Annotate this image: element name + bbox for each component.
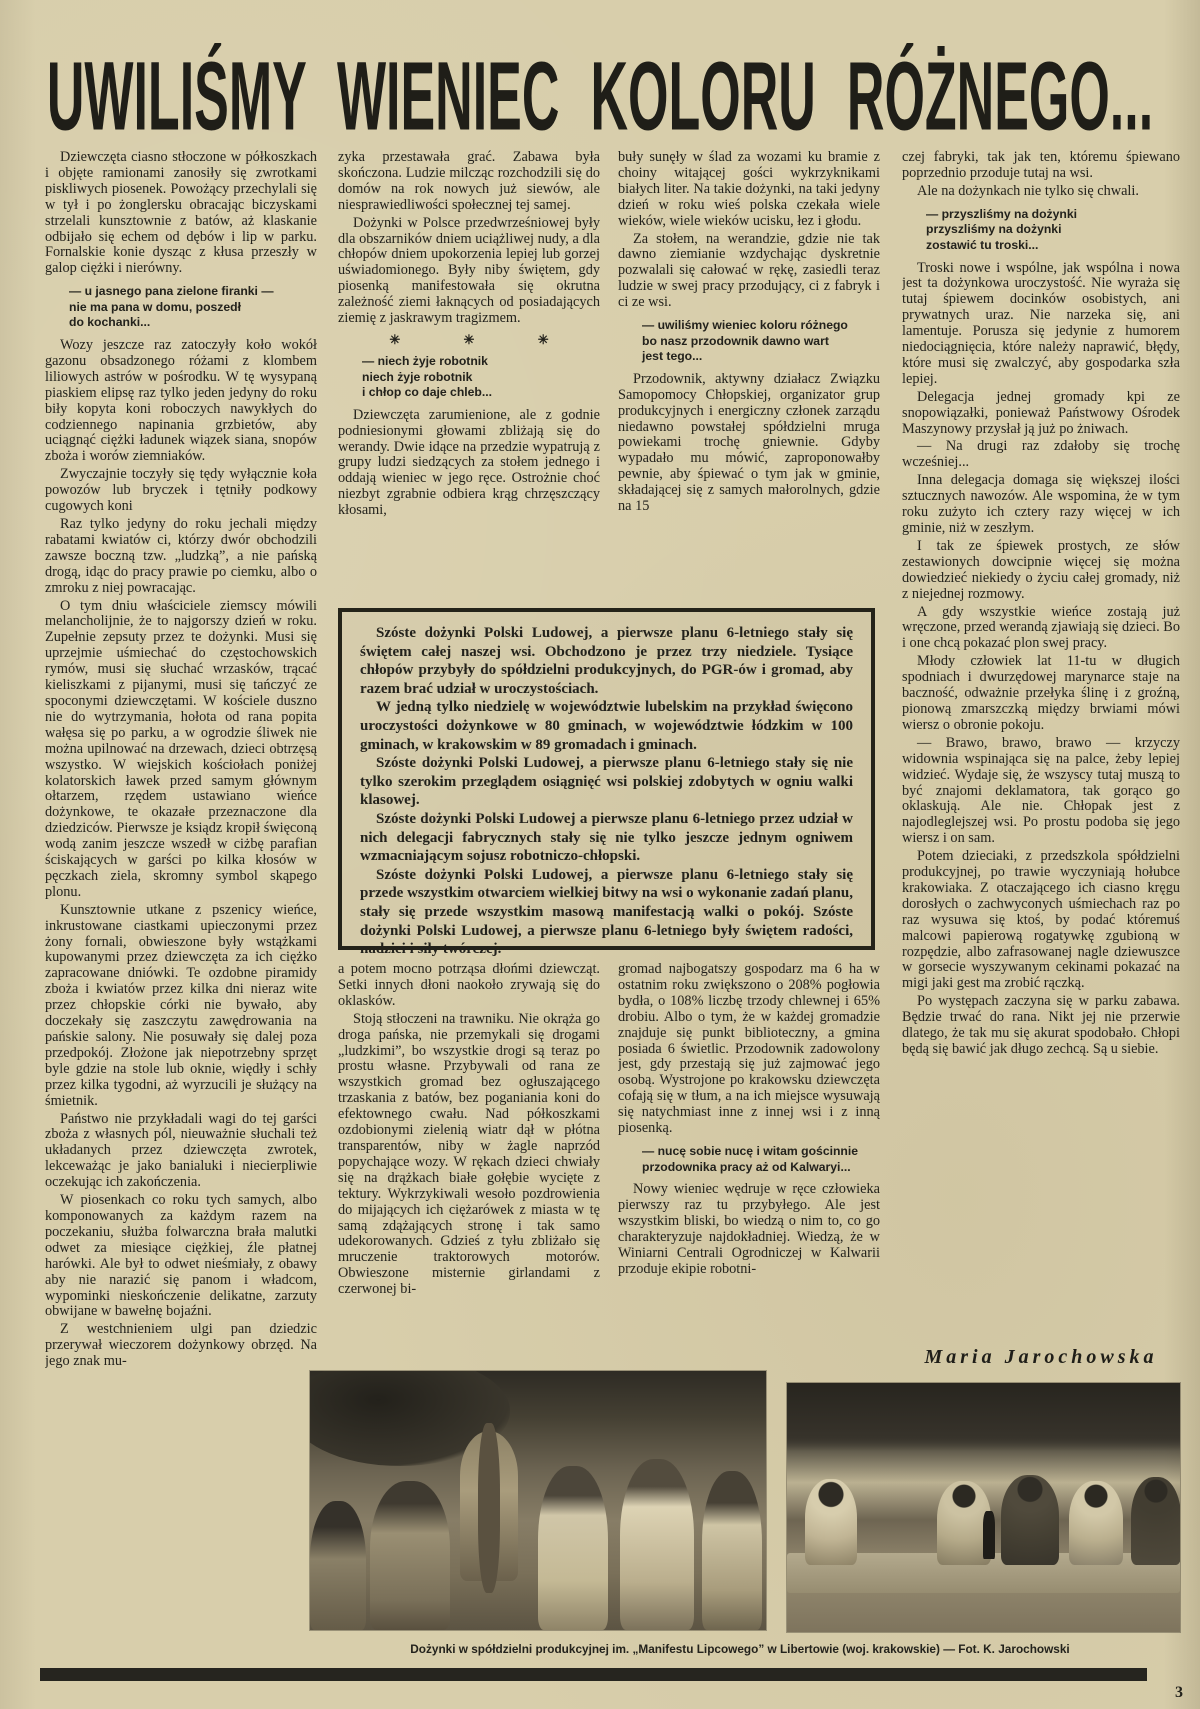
paragraph: Po występach zaczyna się w parku zabawa.… xyxy=(902,994,1180,1058)
column-2-lower: a potem mocno potrząsa dłońmi dziewcząt.… xyxy=(338,962,600,1366)
column-2-upper: zyka przestawała grać. Zabawa była skońc… xyxy=(338,150,600,608)
column-1: Dziewczęta ciasno stłoczone w półkoszkac… xyxy=(45,150,317,1665)
paragraph: Dziewczęta zarumienione, ale z godnie po… xyxy=(338,408,600,519)
paragraph: Nowy wieniec wędruje w ręce człowieka pi… xyxy=(618,1182,880,1277)
paragraph: Ale na dożynkach nie tylko się chwali. xyxy=(902,184,1180,200)
page-number: 3 xyxy=(1164,1684,1194,1702)
highlight-box-content: Szóste dożynki Polski Ludowej, a pierwsz… xyxy=(360,624,853,959)
paragraph: Stoją stłoczeni na trawniku. Nie okrąża … xyxy=(338,1012,600,1298)
author-signature: Maria Jarochowska xyxy=(900,1346,1182,1369)
paragraph: I tak ze śpiewek prostych, ze słów zesta… xyxy=(902,539,1180,603)
paragraph: Dożynki w Polsce przedwrześniowej były d… xyxy=(338,216,600,327)
folk-verse: — nucę sobie nucę i witam gościnnieprzod… xyxy=(642,1144,880,1175)
paragraph: Młody człowiek lat 11-tu w długich spodn… xyxy=(902,654,1180,734)
paragraph: gromad najbogatszy gospodarz ma 6 ha w o… xyxy=(618,962,880,1137)
box-paragraph: Szóste dożynki Polski Ludowej, a pierwsz… xyxy=(360,866,853,959)
folk-verse: — u jasnego pana zielone firanki —nie ma… xyxy=(69,284,317,331)
highlight-box: Szóste dożynki Polski Ludowej, a pierwsz… xyxy=(338,608,875,950)
box-paragraph: W jedną tylko niedzielę w województwie l… xyxy=(360,698,853,754)
bottom-rule xyxy=(40,1668,1147,1681)
paragraph: Zwyczajnie toczyły się tędy wyłącznie ko… xyxy=(45,467,317,515)
paragraph: — Brawo, brawo, brawo — krzyczy widownia… xyxy=(902,736,1180,847)
column-4: czej fabryki, tak jak ten, któremu śpiew… xyxy=(902,150,1180,1348)
paragraph: buły sunęły w ślad za wozami ku bramie z… xyxy=(618,150,880,230)
paragraph: Z westchnieniem ulgi pan dziedzic przery… xyxy=(45,1322,317,1370)
column-3-lower: gromad najbogatszy gospodarz ma 6 ha w o… xyxy=(618,962,880,1372)
paragraph: czej fabryki, tak jak ten, któremu śpiew… xyxy=(902,150,1180,182)
photo-harvest-festival-left xyxy=(310,1371,766,1630)
paragraph: — Na drugi raz zdałoby się trochę wcześn… xyxy=(902,439,1180,471)
photo-caption: Dożynki w spółdzielni produkcyjnej im. „… xyxy=(300,1642,1180,1656)
paragraph: a potem mocno potrząsa dłońmi dziewcząt.… xyxy=(338,962,600,1010)
box-paragraph: Szóste dożynki Polski Ludowej, a pierwsz… xyxy=(360,624,853,698)
column-3-upper: buły sunęły w ślad za wozami ku bramie z… xyxy=(618,150,880,608)
paragraph: Inna delegacja domaga się większej ilośc… xyxy=(902,473,1180,537)
section-divider-stars: ✳ ✳ ✳ xyxy=(368,333,600,347)
paragraph: Potem dzieciaki, z przedszkola spółdziel… xyxy=(902,849,1180,992)
folk-verse: — niech żyje robotnikniech żyje robotnik… xyxy=(362,354,600,401)
folk-verse: — uwiliśmy wieniec koloru różnegobo nasz… xyxy=(642,318,880,365)
paragraph: Za stołem, na werandzie, gdzie nie tak d… xyxy=(618,232,880,312)
paragraph: W piosenkach co roku tych samych, albo k… xyxy=(45,1193,317,1320)
paragraph: zyka przestawała grać. Zabawa była skońc… xyxy=(338,150,600,214)
paragraph: Kunsztownie utkane z pszenicy wieńce, in… xyxy=(45,903,317,1110)
page-headline: UWILIŚMY WIENIEC KOLORU RÓŻNEGO... xyxy=(0,40,1200,153)
box-paragraph: Szóste dożynki Polski Ludowej, a pierwsz… xyxy=(360,754,853,810)
paragraph: O tym dniu właściciele ziemscy mówili me… xyxy=(45,599,317,901)
paragraph: Raz tylko jedyny do roku jechali między … xyxy=(45,517,317,597)
paragraph: Wozy jeszcze raz zatoczyły koło wokół ga… xyxy=(45,338,317,465)
paragraph: A gdy wszystkie wieńce zostają już wręcz… xyxy=(902,605,1180,653)
folk-verse: — przyszliśmy na dożynkiprzyszliśmy na d… xyxy=(926,207,1180,254)
paragraph: Przodownik, aktywny działacz Związku Sam… xyxy=(618,372,880,515)
paragraph: Dziewczęta ciasno stłoczone w półkoszkac… xyxy=(45,150,317,277)
newspaper-page: UWILIŚMY WIENIEC KOLORU RÓŻNEGO... Dziew… xyxy=(0,0,1200,1709)
paragraph: Troski nowe i wspólne, jak wspólna i now… xyxy=(902,261,1180,388)
box-paragraph: Szóste dożynki Polski Ludowej a pierwsze… xyxy=(360,810,853,866)
paragraph: Delegacja jednej gromady kpi ze snopowią… xyxy=(902,390,1180,438)
photo-feast-table-right xyxy=(787,1383,1180,1632)
paragraph: Państwo nie przykładali wagi do tej garś… xyxy=(45,1112,317,1192)
